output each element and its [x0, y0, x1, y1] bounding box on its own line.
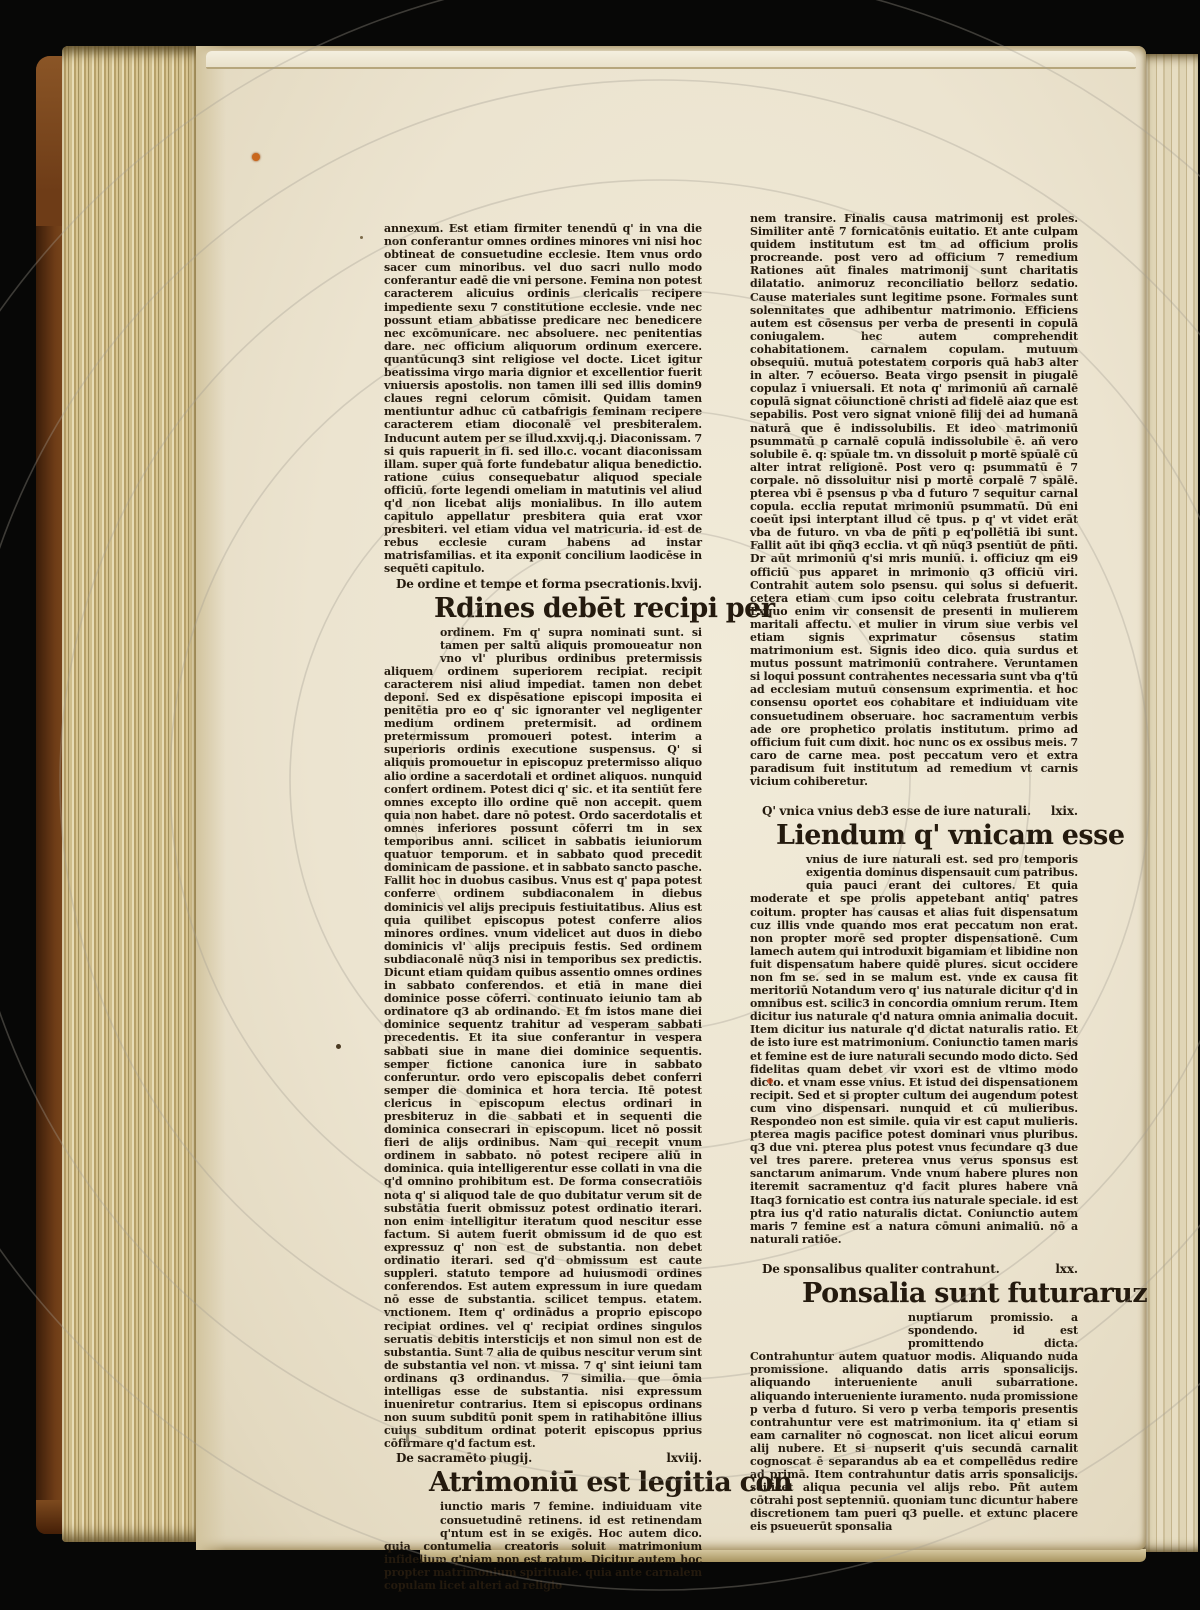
paragraph: nem transire. Finalis causa matrimonij e… [750, 212, 1078, 788]
chapter-heading: Atrimoniū est legitia con [429, 1467, 702, 1498]
chapter-heading: Liendum q' vnicam esse [776, 820, 1078, 851]
page-top-edge [206, 51, 1136, 69]
folio-number: lxvij. [671, 577, 702, 591]
text-column-right: nem transire. Finalis causa matrimonij e… [750, 212, 1078, 1534]
folio-number: lxx. [1055, 1262, 1078, 1276]
gutter-shadow [196, 46, 226, 1550]
rubric-label: Q' vnica vnius deb3 esse de iure natural… [762, 804, 1031, 818]
paragraph: ordinem. Fm q' supra nominati sunt. si t… [384, 626, 702, 1451]
paragraph: vnius de iure naturali est. sed pro temp… [750, 853, 1078, 1246]
paragraph: nuptiarum promissio. a spondendo. id est… [750, 1311, 1078, 1534]
page-edge-stack [62, 46, 198, 1542]
chapter-rubric: De sponsalibus qualiter contrahunt. lxx. [750, 1262, 1078, 1276]
right-page-block-edges [1142, 54, 1198, 1552]
rubric-label: De ordine et tempe et forma psecrationis… [396, 577, 670, 591]
open-page: annexum. Est etiam firmiter tenendū q' i… [196, 46, 1146, 1550]
chapter-rubric: De ordine et tempe et forma psecrationis… [384, 577, 702, 591]
ink-speck [336, 1044, 341, 1049]
chapter-rubric: De sacramēto piugij. lxviij. [384, 1451, 702, 1465]
chapter-rubric: Q' vnica vnius deb3 esse de iure natural… [750, 804, 1078, 818]
book-photo: annexum. Est etiam firmiter tenendū q' i… [0, 0, 1200, 1610]
pencil-mark [406, 1434, 409, 1443]
rubric-label: De sponsalibus qualiter contrahunt. [762, 1262, 1000, 1276]
chapter-heading: Ponsalia sunt futuraruz [802, 1278, 1078, 1309]
text-column-left: annexum. Est etiam firmiter tenendū q' i… [384, 222, 702, 1592]
ink-speck [360, 236, 363, 239]
folio-number: lxviij. [666, 1451, 702, 1465]
red-ink-mark [767, 1078, 773, 1084]
paragraph: annexum. Est etiam firmiter tenendū q' i… [384, 222, 702, 576]
wormhole-stain [252, 153, 260, 161]
rubric-label: De sacramēto piugij. [396, 1451, 532, 1465]
paragraph: iunctio maris 7 femine. indiuiduam vite … [384, 1500, 702, 1592]
chapter-heading: Rdines debēt recipi per [434, 593, 702, 624]
folio-number: lxix. [1051, 804, 1078, 818]
